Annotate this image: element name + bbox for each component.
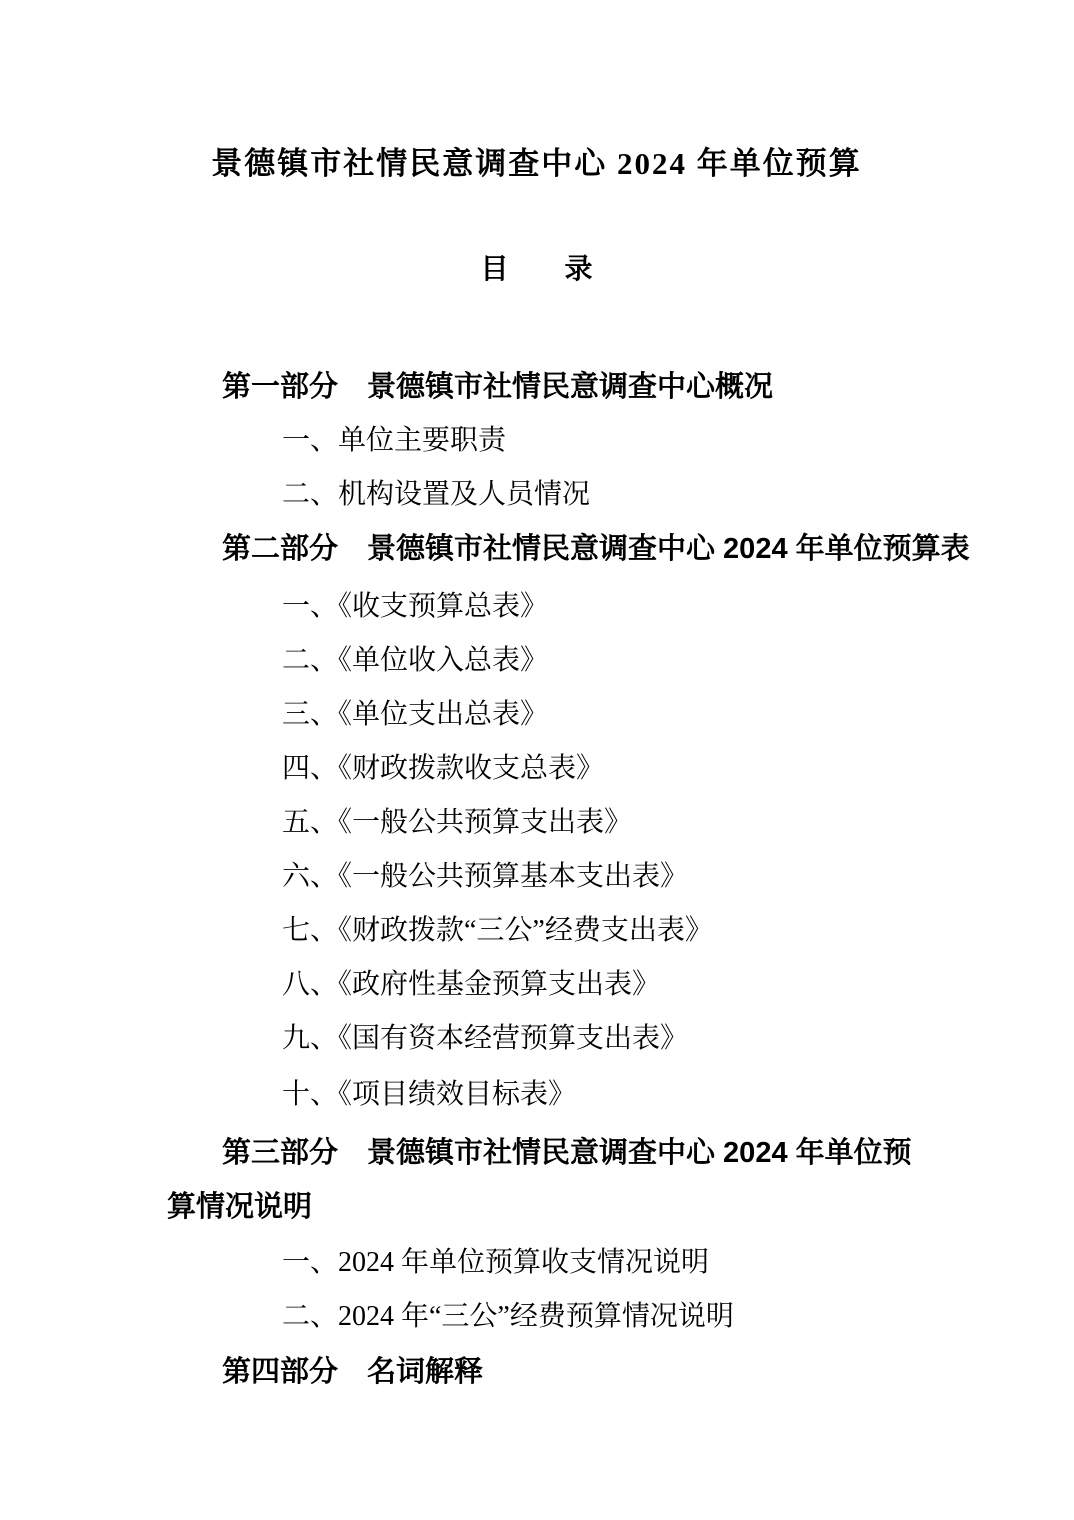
toc-entry-part2-item8: 八、《政府性基金预算支出表》: [282, 970, 906, 1000]
toc-heading: 目 录: [167, 255, 906, 285]
toc-entry-part2-item10: 十、《项目绩效目标表》: [282, 1080, 906, 1110]
toc-entry-part2-item9: 九、《国有资本经营预算支出表》: [282, 1024, 906, 1054]
table-of-contents: 第一部分 景德镇市社情民意调查中心概况 一、单位主要职责 二、机构设置及人员情况…: [167, 372, 906, 1387]
toc-entry-part3-item2: 二、2024 年“三公”经费预算情况说明: [282, 1302, 906, 1332]
toc-entry-part3-item1: 一、2024 年单位预算收支情况说明: [282, 1248, 906, 1278]
toc-entry-part4: 第四部分 名词解释: [222, 1357, 906, 1387]
toc-entry-part1-item1: 一、单位主要职责: [282, 426, 906, 456]
toc-entry-part2-item7: 七、《财政拨款“三公”经费支出表》: [282, 916, 906, 946]
toc-entry-part2-item3: 三、《单位支出总表》: [282, 700, 906, 730]
toc-entry-part1-item2: 二、机构设置及人员情况: [282, 480, 906, 510]
toc-entry-part2-item5: 五、《一般公共预算支出表》: [282, 808, 906, 838]
toc-entry-part2-item1: 一、《收支预算总表》: [282, 592, 906, 622]
toc-entry-part2-item2: 二、《单位收入总表》: [282, 646, 906, 676]
toc-entry-part2-item4: 四、《财政拨款收支总表》: [282, 754, 906, 784]
toc-entry-part1: 第一部分 景德镇市社情民意调查中心概况: [222, 372, 906, 402]
toc-entry-part2: 第二部分 景德镇市社情民意调查中心 2024 年单位预算表: [222, 534, 906, 564]
toc-entry-part2-item6: 六、《一般公共预算基本支出表》: [282, 862, 906, 892]
toc-entry-part3-line2: 算情况说明: [167, 1192, 906, 1222]
document-page: 景德镇市社情民意调查中心 2024 年单位预算 目 录 第一部分 景德镇市社情民…: [0, 0, 1074, 1520]
document-title: 景德镇市社情民意调查中心 2024 年单位预算: [167, 148, 906, 180]
toc-entry-part3-line1: 第三部分 景德镇市社情民意调查中心 2024 年单位预: [222, 1138, 906, 1168]
